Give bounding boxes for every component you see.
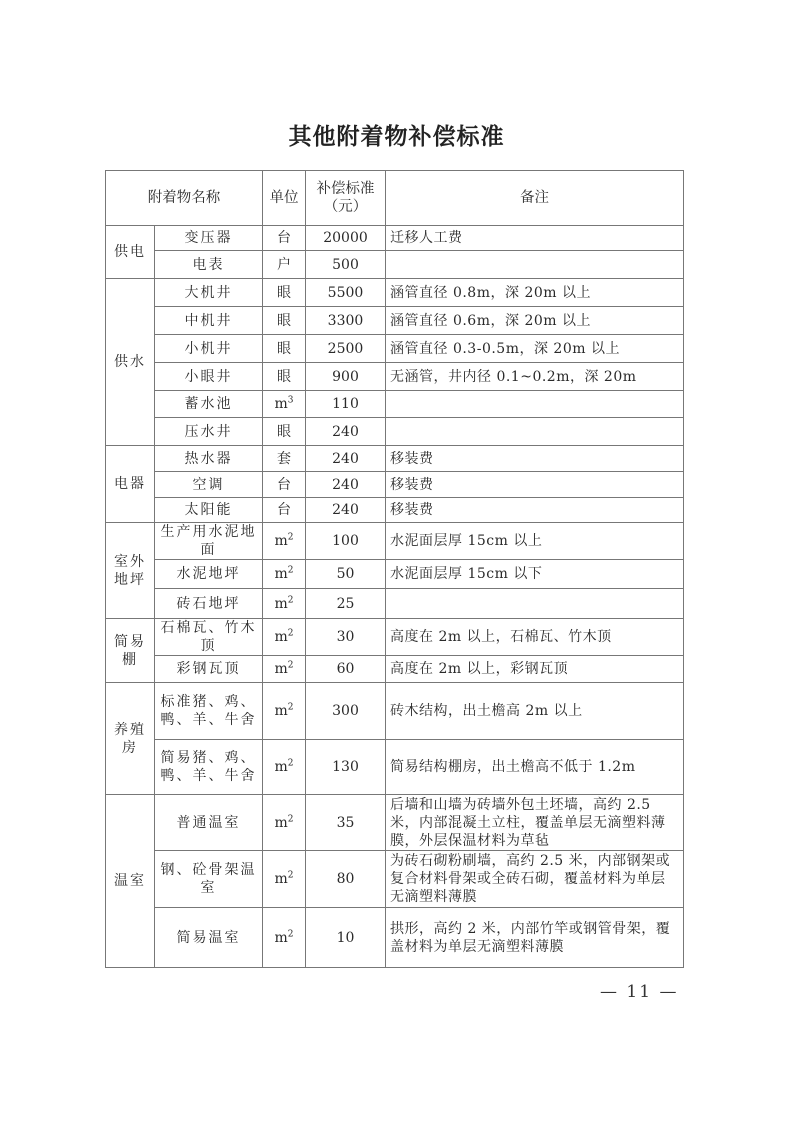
remark-cell: 无涵管，井内径 0.1~0.2m，深 20m [386,363,684,391]
remark-cell: 为砖石砌粉刷墙，高约 2.5 米，内部钢架或复合材料骨架或全砖石砌，覆盖材料为单… [386,851,684,908]
remark-cell: 后墙和山墙为砖墙外包土坯墙，高约 2.5 米，内部混凝土立柱，覆盖单层无滴塑料薄… [386,795,684,851]
unit-cell: 台 [263,498,306,523]
unit-text: m [274,629,287,645]
value-cell: 110 [306,391,386,418]
unit-text: m [274,930,287,946]
unit-text: 眼 [277,341,291,357]
value-cell: 300 [306,683,386,740]
header-unit: 单位 [263,171,306,226]
unit-cell: 眼 [263,335,306,363]
unit-text: m [274,396,287,412]
remark-cell [386,589,684,619]
value-cell: 240 [306,418,386,446]
header-remark: 备注 [386,171,684,226]
item-name-cell: 电表 [155,251,263,279]
item-name-cell: 普通温室 [155,795,263,851]
table-row: 电表户500 [106,251,684,279]
remark-cell: 涵管直径 0.6m，深 20m 以上 [386,307,684,335]
item-name-cell: 生产用水泥地面 [155,523,263,560]
unit-text: 眼 [277,285,291,301]
unit-superscript: 2 [288,929,294,939]
unit-text: m [274,566,287,582]
table-row: 压水井眼240 [106,418,684,446]
value-cell: 500 [306,251,386,279]
remark-cell: 移装费 [386,446,684,472]
category-cell: 电器 [106,446,155,523]
table-row: 简易棚石棉瓦、竹木顶m230高度在 2m 以上，石棉瓦、竹木顶 [106,619,684,656]
item-name-cell: 太阳能 [155,498,263,523]
item-name-cell: 彩钢瓦顶 [155,656,263,683]
unit-text: m [274,815,287,831]
remark-cell: 迁移人工费 [386,226,684,251]
unit-text: m [274,533,287,549]
remark-cell: 高度在 2m 以上，石棉瓦、竹木顶 [386,619,684,656]
unit-cell: m2 [263,795,306,851]
remark-cell: 涵管直径 0.8m，深 20m 以上 [386,279,684,307]
item-name-cell: 石棉瓦、竹木顶 [155,619,263,656]
unit-text: m [274,871,287,887]
value-cell: 10 [306,908,386,968]
item-name-cell: 水泥地坪 [155,560,263,589]
header-row: 附着物名称 单位 补偿标准 （元） 备注 [106,171,684,226]
item-name-cell: 压水井 [155,418,263,446]
unit-text: 眼 [277,369,291,385]
item-name-cell: 变压器 [155,226,263,251]
item-name-cell: 中机井 [155,307,263,335]
table-row: 小眼井眼900无涵管，井内径 0.1~0.2m，深 20m [106,363,684,391]
unit-cell: m3 [263,391,306,418]
remark-cell: 移装费 [386,472,684,498]
compensation-table: 附着物名称 单位 补偿标准 （元） 备注 供电变压器台20000迁移人工费电表户… [105,170,684,968]
table-row: 中机井眼3300涵管直径 0.6m，深 20m 以上 [106,307,684,335]
category-cell: 养殖房 [106,683,155,795]
unit-superscript: 2 [288,532,294,542]
unit-cell: m2 [263,908,306,968]
table-row: 水泥地坪m250水泥面层厚 15cm 以下 [106,560,684,589]
unit-superscript: 2 [288,565,294,575]
unit-superscript: 3 [288,395,294,405]
table-row: 砖石地坪m225 [106,589,684,619]
item-name-cell: 小机井 [155,335,263,363]
value-cell: 130 [306,740,386,795]
table-row: 钢、砼骨架温室m280为砖石砌粉刷墙，高约 2.5 米，内部钢架或复合材料骨架或… [106,851,684,908]
item-name-cell: 大机井 [155,279,263,307]
unit-cell: m2 [263,740,306,795]
remark-cell [386,391,684,418]
remark-cell [386,251,684,279]
unit-cell: m2 [263,589,306,619]
item-name-cell: 蓄水池 [155,391,263,418]
item-name-cell: 简易温室 [155,908,263,968]
header-standard-line2: （元） [310,198,381,216]
unit-cell: m2 [263,656,306,683]
unit-superscript: 2 [288,702,294,712]
category-cell: 供水 [106,279,155,446]
table-row: 温室普通温室m235后墙和山墙为砖墙外包土坯墙，高约 2.5 米，内部混凝土立柱… [106,795,684,851]
value-cell: 240 [306,446,386,472]
unit-cell: 户 [263,251,306,279]
unit-superscript: 2 [288,595,294,605]
table-row: 简易猪、鸡、鸭、羊、牛舍m2130简易结构棚房，出土檐高不低于 1.2m [106,740,684,795]
unit-cell: 套 [263,446,306,472]
table-row: 简易温室m210拱形，高约 2 米，内部竹竿或钢管骨架，覆盖材料为单层无滴塑料薄… [106,908,684,968]
unit-cell: 眼 [263,418,306,446]
unit-cell: 眼 [263,307,306,335]
table-row: 供电变压器台20000迁移人工费 [106,226,684,251]
value-cell: 900 [306,363,386,391]
unit-cell: 台 [263,472,306,498]
unit-cell: m2 [263,683,306,740]
page-number: — 11 — [600,982,678,1002]
unit-text: 台 [277,477,291,493]
remark-cell: 水泥面层厚 15cm 以上 [386,523,684,560]
unit-superscript: 2 [288,660,294,670]
unit-text: 眼 [277,424,291,440]
table-row: 空调台240移装费 [106,472,684,498]
item-name-cell: 简易猪、鸡、鸭、羊、牛舍 [155,740,263,795]
unit-text: m [274,759,287,775]
unit-text: 眼 [277,313,291,329]
value-cell: 60 [306,656,386,683]
value-cell: 5500 [306,279,386,307]
item-name-cell: 空调 [155,472,263,498]
remark-cell: 砖木结构，出土檐高 2m 以上 [386,683,684,740]
value-cell: 240 [306,498,386,523]
header-name: 附着物名称 [106,171,263,226]
item-name-cell: 小眼井 [155,363,263,391]
unit-superscript: 2 [288,628,294,638]
value-cell: 25 [306,589,386,619]
remark-cell: 拱形，高约 2 米，内部竹竿或钢管骨架，覆盖材料为单层无滴塑料薄膜 [386,908,684,968]
unit-cell: m2 [263,560,306,589]
table-row: 小机井眼2500涵管直径 0.3-0.5m，深 20m 以上 [106,335,684,363]
value-cell: 240 [306,472,386,498]
category-cell: 简易棚 [106,619,155,683]
value-cell: 3300 [306,307,386,335]
item-name-cell: 标准猪、鸡、鸭、羊、牛舍 [155,683,263,740]
value-cell: 20000 [306,226,386,251]
remark-cell: 涵管直径 0.3-0.5m，深 20m 以上 [386,335,684,363]
table-row: 供水大机井眼5500涵管直径 0.8m，深 20m 以上 [106,279,684,307]
unit-text: 套 [277,451,291,467]
value-cell: 30 [306,619,386,656]
remark-cell: 水泥面层厚 15cm 以下 [386,560,684,589]
remark-cell: 移装费 [386,498,684,523]
unit-text: m [274,703,287,719]
header-standard-line1: 补偿标准 [310,180,381,198]
unit-text: 台 [277,230,291,246]
unit-cell: 台 [263,226,306,251]
table-row: 电器热水器套240移装费 [106,446,684,472]
unit-cell: m2 [263,619,306,656]
unit-text: 台 [277,502,291,518]
item-name-cell: 钢、砼骨架温室 [155,851,263,908]
unit-superscript: 2 [288,870,294,880]
table-row: 蓄水池m3110 [106,391,684,418]
value-cell: 50 [306,560,386,589]
unit-cell: 眼 [263,279,306,307]
table-row: 养殖房标准猪、鸡、鸭、羊、牛舍m2300砖木结构，出土檐高 2m 以上 [106,683,684,740]
header-standard: 补偿标准 （元） [306,171,386,226]
table-row: 室外地坪生产用水泥地面m2100水泥面层厚 15cm 以上 [106,523,684,560]
remark-cell: 简易结构棚房，出土檐高不低于 1.2m [386,740,684,795]
page-title: 其他附着物补偿标准 [0,118,793,151]
item-name-cell: 热水器 [155,446,263,472]
value-cell: 35 [306,795,386,851]
category-cell: 室外地坪 [106,523,155,619]
item-name-cell: 砖石地坪 [155,589,263,619]
category-cell: 供电 [106,226,155,279]
unit-superscript: 2 [288,814,294,824]
unit-text: m [274,661,287,677]
unit-superscript: 2 [288,758,294,768]
table-row: 彩钢瓦顶m260高度在 2m 以上，彩钢瓦顶 [106,656,684,683]
category-cell: 温室 [106,795,155,968]
unit-cell: 眼 [263,363,306,391]
value-cell: 2500 [306,335,386,363]
value-cell: 80 [306,851,386,908]
remark-cell: 高度在 2m 以上，彩钢瓦顶 [386,656,684,683]
unit-text: 户 [277,257,291,273]
unit-cell: m2 [263,851,306,908]
remark-cell [386,418,684,446]
table-row: 太阳能台240移装费 [106,498,684,523]
unit-text: m [274,596,287,612]
value-cell: 100 [306,523,386,560]
unit-cell: m2 [263,523,306,560]
